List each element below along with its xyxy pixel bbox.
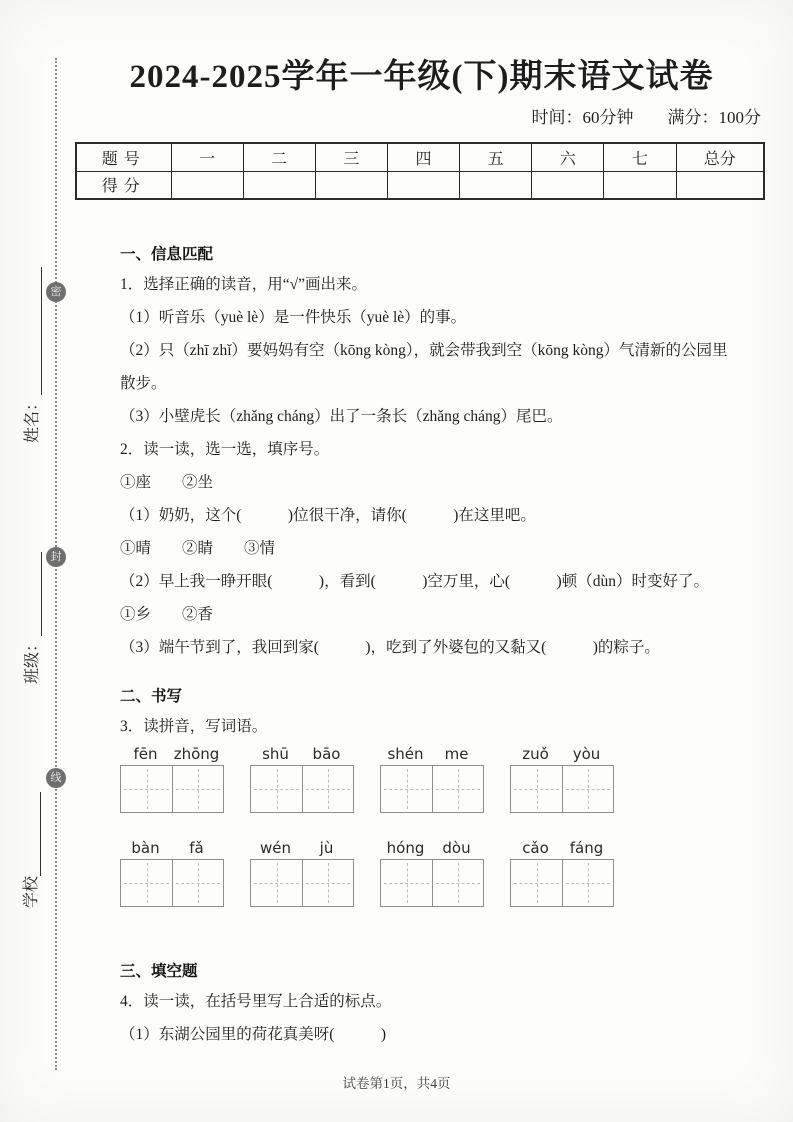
student-name-field: 姓名： [18, 243, 42, 443]
pinyin-label: shū [250, 745, 301, 763]
writing-grid-box [250, 859, 354, 907]
word-block: shūbāo [250, 745, 354, 817]
writing-cell [381, 766, 432, 812]
option-line: ①乡 ②香 [120, 604, 757, 625]
question-line: （1）东湖公园里的荷花真美呀( ) [120, 1024, 757, 1045]
score-col-7: 七 [604, 143, 676, 171]
pinyin-label: bàn [120, 839, 171, 857]
word-block: bànfǎ [120, 839, 224, 911]
section-one-heading: 一、信息匹配 [120, 242, 757, 264]
pinyin-label: fēn [120, 745, 171, 763]
score-col-3: 三 [315, 143, 387, 171]
score-table: 题号 一 二 三 四 五 六 七 总分 得分 [75, 142, 765, 200]
exam-title: 2024-2025学年一年级(下)期末语文试卷 [70, 0, 773, 97]
student-school-field: 学校 [17, 768, 41, 908]
word-block: cǎofáng [510, 839, 614, 911]
exam-meta: 时间：60分钟满分：100分 [0, 103, 761, 128]
writing-grid-box [380, 765, 484, 813]
word-block: zuǒyòu [510, 745, 614, 817]
question-line: （1）奶奶，这个( )位很干净，请你( )在这里吧。 [120, 505, 757, 526]
pinyin-label: yòu [561, 745, 612, 763]
writing-cell [251, 860, 302, 906]
writing-cell [432, 766, 483, 812]
pinyin-label: zuǒ [510, 745, 561, 763]
question-line: 4．读一读，在括号里写上合适的标点。 [120, 991, 757, 1012]
pinyin-label: jù [301, 839, 352, 857]
score-cell [460, 171, 532, 199]
time-limit: 时间：60分钟 [532, 108, 634, 127]
question-line: 3．读拼音，写词语。 [120, 716, 757, 737]
writing-cell [562, 766, 613, 812]
writing-cell [172, 766, 223, 812]
writing-cell [121, 860, 172, 906]
word-block: fēnzhōng [120, 745, 224, 817]
score-cell [387, 171, 459, 199]
writing-cell [562, 860, 613, 906]
score-table-header-row: 题号 一 二 三 四 五 六 七 总分 [76, 143, 764, 171]
writing-grid-box [510, 859, 614, 907]
score-cell [604, 171, 676, 199]
seal-char-feng: 封 [46, 547, 66, 567]
option-line: ①座 ②坐 [120, 472, 757, 493]
school-label: 学校 [18, 876, 41, 908]
writing-cell [511, 860, 562, 906]
writing-grid-box [250, 765, 354, 813]
pinyin-grid-row-1: fēnzhōng shūbāo shénme zuǒyòu [120, 745, 757, 817]
question-line: （3）端午节到了，我回到家( )，吃到了外婆包的又黏又( )的粽子。 [120, 637, 757, 658]
exam-paper-page: 密 封 线 姓名： 班级： 学校 2024-2025学年一年级(下)期末语文试卷… [0, 0, 793, 1122]
section-two-heading: 二、书写 [120, 684, 757, 706]
score-col-6: 六 [532, 143, 604, 171]
word-block: shénme [380, 745, 484, 817]
word-block: wénjù [250, 839, 354, 911]
writing-cell [381, 860, 432, 906]
pinyin-label: wén [250, 839, 301, 857]
writing-grid-box [510, 765, 614, 813]
question-line: 散步。 [120, 373, 757, 394]
option-line: ①晴 ②睛 ③情 [120, 538, 757, 559]
score-col-5: 五 [460, 143, 532, 171]
score-header-label: 题号 [76, 143, 171, 171]
question-line: 1．选择正确的读音，用“√”画出来。 [120, 274, 757, 295]
pinyin-label: shén [380, 745, 431, 763]
writing-grid-box [120, 859, 224, 907]
writing-cell [302, 860, 353, 906]
pinyin-label: dòu [431, 839, 482, 857]
writing-cell [511, 766, 562, 812]
score-table-score-row: 得分 [76, 171, 764, 199]
writing-cell [251, 766, 302, 812]
page-footer: 试卷第1页，共4页 [0, 1072, 793, 1092]
score-row-label: 得分 [76, 171, 171, 199]
class-blank-line [24, 552, 42, 636]
question-line: （1）听音乐（yuè lè）是一件快乐（yuè lè）的事。 [120, 307, 757, 328]
question-line: 2．读一读，选一选，填序号。 [120, 439, 757, 460]
question-line: （2）早上我一睁开眼( )，看到( )空万里，心( )顿（dùn）时变好了。 [120, 571, 757, 592]
writing-grid-box [120, 765, 224, 813]
writing-cell [121, 766, 172, 812]
score-col-1: 一 [171, 143, 243, 171]
writing-cell [302, 766, 353, 812]
score-cell [171, 171, 243, 199]
pinyin-label: cǎo [510, 839, 561, 857]
name-blank-line [24, 267, 42, 395]
question-line: （3）小壁虎长（zhǎng cháng）出了一条长（zhǎng cháng）尾巴… [120, 406, 757, 427]
full-score: 满分：100分 [668, 108, 762, 127]
score-col-total: 总分 [676, 143, 764, 171]
pinyin-label: hóng [380, 839, 431, 857]
pinyin-label: fáng [561, 839, 612, 857]
score-cell [315, 171, 387, 199]
pinyin-label: fǎ [171, 839, 222, 857]
score-cell [676, 171, 764, 199]
seal-char-xian: 线 [46, 768, 66, 788]
pinyin-label: bāo [301, 745, 352, 763]
pinyin-label: me [431, 745, 482, 763]
writing-grid-box [380, 859, 484, 907]
score-cell [532, 171, 604, 199]
score-col-4: 四 [387, 143, 459, 171]
school-blank-line [23, 792, 41, 876]
section-three-heading: 三、填空题 [120, 959, 757, 981]
writing-cell [432, 860, 483, 906]
question-line: （2）只（zhī zhǐ）要妈妈有空（kōng kòng），就会带我到空（kōn… [120, 340, 757, 361]
student-class-field: 班级： [18, 534, 42, 684]
seal-char-mi: 密 [46, 282, 66, 302]
word-block: hóngdòu [380, 839, 484, 911]
name-label: 姓名： [19, 395, 42, 443]
score-col-2: 二 [243, 143, 315, 171]
score-cell [243, 171, 315, 199]
pinyin-grid-row-2: bànfǎ wénjù hóngdòu cǎofáng [120, 839, 757, 911]
pinyin-label: zhōng [171, 745, 222, 763]
class-label: 班级： [19, 636, 42, 684]
writing-cell [172, 860, 223, 906]
